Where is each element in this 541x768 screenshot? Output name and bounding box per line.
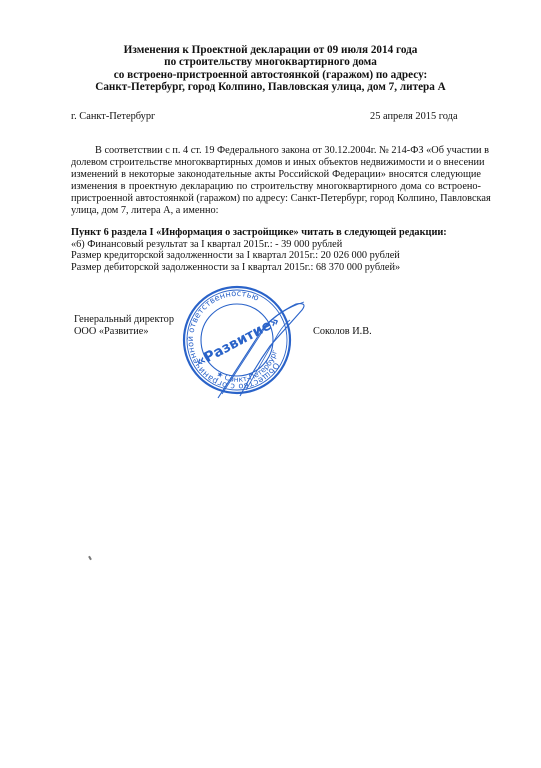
body-line: изменений в некоторые законодательные ак… — [71, 169, 481, 181]
signature-icon — [200, 290, 310, 400]
section-heading: Пункт 6 раздела I «Информация о застройщ… — [71, 227, 481, 239]
section-item: Размер кредиторской задолженности за I к… — [71, 250, 481, 262]
title-line: Санкт-Петербург, город Колпино, Павловск… — [60, 81, 481, 93]
document-page: Изменения к Проектной декларации от 09 и… — [0, 0, 541, 768]
scan-speck — [88, 556, 92, 560]
body-line: пристроенной автостоянкой (гаражом) по а… — [71, 193, 481, 205]
signatory-company: ООО «Развитие» — [74, 326, 174, 338]
signatory-position: Генеральный директор — [74, 314, 174, 326]
title-line: Изменения к Проектной декларации от 09 и… — [60, 44, 481, 56]
document-title: Изменения к Проектной декларации от 09 и… — [60, 44, 481, 94]
signatory-block: Генеральный директор ООО «Развитие» — [74, 314, 174, 338]
section-item: «6) Финансовый результат за I квартал 20… — [71, 239, 481, 251]
title-line: со встроено-пристроенной автостоянкой (г… — [60, 69, 481, 81]
body-line: В соответствии с п. 4 ст. 19 Федеральног… — [71, 145, 481, 157]
body-paragraph: В соответствии с п. 4 ст. 19 Федеральног… — [71, 145, 481, 217]
body-line: улица, дом 7, литера А, а именно: — [71, 205, 481, 217]
body-line: изменения в проектную декларацию по стро… — [71, 181, 481, 193]
amendment-section: Пункт 6 раздела I «Информация о застройщ… — [71, 227, 481, 273]
signatory-name: Соколов И.В. — [313, 326, 372, 337]
title-line: по строительству многоквартирного дома — [60, 56, 481, 68]
document-city: г. Санкт-Петербург — [71, 111, 155, 122]
document-date: 25 апреля 2015 года — [370, 111, 458, 122]
body-line: долевом строительстве многоквартирных до… — [71, 157, 481, 169]
section-item: Размер дебиторской задолженности за I кв… — [71, 262, 481, 274]
